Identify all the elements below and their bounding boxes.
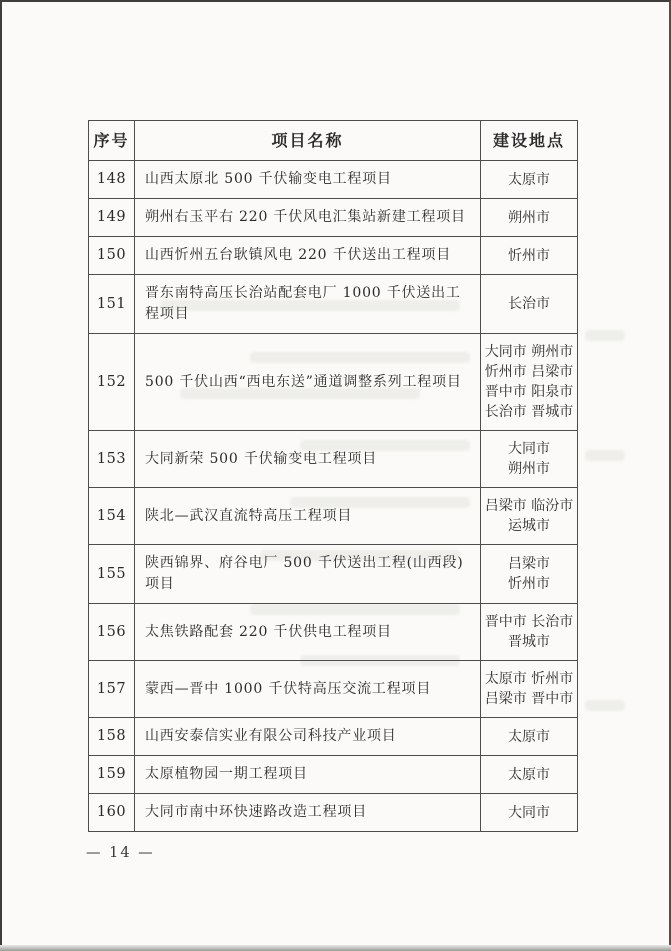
row-location: 大同市 bbox=[481, 794, 578, 832]
scan-edge-shadow bbox=[0, 945, 671, 951]
row-project-name: 山西太原北 500 千伏输变电工程项目 bbox=[135, 161, 481, 199]
row-serial-number: 154 bbox=[89, 488, 135, 545]
row-project-name: 500 千伏山西“西电东送”通道调整系列工程项目 bbox=[135, 334, 481, 431]
row-project-name: 大同市南中环快速路改造工程项目 bbox=[135, 794, 481, 832]
scan-bleedthrough bbox=[585, 700, 625, 711]
row-project-name: 朔州右玉平右 220 千伏风电汇集站新建工程项目 bbox=[135, 199, 481, 237]
row-serial-number: 155 bbox=[89, 545, 135, 604]
table-row: 150山西忻州五台耿镇风电 220 千伏送出工程项目忻州市 bbox=[89, 237, 578, 275]
row-serial-number: 148 bbox=[89, 161, 135, 199]
row-location: 太原市 bbox=[481, 718, 578, 756]
table-row: 157蒙西—晋中 1000 千伏特高压交流工程项目太原市 忻州市 吕梁市 晋中市 bbox=[89, 661, 578, 718]
table-row: 151晋东南特高压长治站配套电厂 1000 千伏送出工程项目长治市 bbox=[89, 275, 578, 334]
row-project-name: 晋东南特高压长治站配套电厂 1000 千伏送出工程项目 bbox=[135, 275, 481, 334]
row-location: 太原市 bbox=[481, 756, 578, 794]
row-serial-number: 157 bbox=[89, 661, 135, 718]
table-row: 148山西太原北 500 千伏输变电工程项目太原市 bbox=[89, 161, 578, 199]
header-row: 序号 项目名称 建设地点 bbox=[89, 121, 578, 161]
header-project-name: 项目名称 bbox=[135, 121, 481, 161]
row-project-name: 大同新荣 500 千伏输变电工程项目 bbox=[135, 431, 481, 488]
row-project-name: 山西忻州五台耿镇风电 220 千伏送出工程项目 bbox=[135, 237, 481, 275]
row-serial-number: 158 bbox=[89, 718, 135, 756]
table-row: 152500 千伏山西“西电东送”通道调整系列工程项目大同市 朔州市 忻州市 吕… bbox=[89, 334, 578, 431]
row-location: 吕梁市 临汾市 运城市 bbox=[481, 488, 578, 545]
row-location: 大同市 朔州市 bbox=[481, 431, 578, 488]
row-project-name: 太焦铁路配套 220 千伏供电工程项目 bbox=[135, 604, 481, 661]
table-row: 154陕北—武汉直流特高压工程项目吕梁市 临汾市 运城市 bbox=[89, 488, 578, 545]
table-row: 149朔州右玉平右 220 千伏风电汇集站新建工程项目朔州市 bbox=[89, 199, 578, 237]
row-project-name: 陕西锦界、府谷电厂 500 千伏送出工程(山西段)项目 bbox=[135, 545, 481, 604]
row-serial-number: 159 bbox=[89, 756, 135, 794]
row-location: 太原市 忻州市 吕梁市 晋中市 bbox=[481, 661, 578, 718]
row-serial-number: 156 bbox=[89, 604, 135, 661]
row-project-name: 陕北—武汉直流特高压工程项目 bbox=[135, 488, 481, 545]
row-location: 大同市 朔州市 忻州市 吕梁市 晋中市 阳泉市 长治市 晋城市 bbox=[481, 334, 578, 431]
scan-bleedthrough bbox=[585, 450, 625, 461]
row-serial-number: 151 bbox=[89, 275, 135, 334]
scan-bleedthrough bbox=[585, 330, 625, 341]
header-serial-number: 序号 bbox=[89, 121, 135, 161]
page-number: — 14 — bbox=[86, 845, 155, 861]
projects-table: 序号 项目名称 建设地点 148山西太原北 500 千伏输变电工程项目太原市14… bbox=[88, 120, 578, 832]
table-row: 158山西安泰信实业有限公司科技产业项目太原市 bbox=[89, 718, 578, 756]
row-project-name: 太原植物园一期工程项目 bbox=[135, 756, 481, 794]
table-header: 序号 项目名称 建设地点 bbox=[89, 121, 578, 161]
row-serial-number: 150 bbox=[89, 237, 135, 275]
row-serial-number: 153 bbox=[89, 431, 135, 488]
table-body: 148山西太原北 500 千伏输变电工程项目太原市149朔州右玉平右 220 千… bbox=[89, 161, 578, 832]
table-row: 153大同新荣 500 千伏输变电工程项目大同市 朔州市 bbox=[89, 431, 578, 488]
row-serial-number: 149 bbox=[89, 199, 135, 237]
row-location: 长治市 bbox=[481, 275, 578, 334]
row-location: 朔州市 bbox=[481, 199, 578, 237]
row-project-name: 蒙西—晋中 1000 千伏特高压交流工程项目 bbox=[135, 661, 481, 718]
row-location: 吕梁市 忻州市 bbox=[481, 545, 578, 604]
table-row: 160大同市南中环快速路改造工程项目大同市 bbox=[89, 794, 578, 832]
table-row: 156太焦铁路配套 220 千伏供电工程项目晋中市 长治市 晋城市 bbox=[89, 604, 578, 661]
row-location: 晋中市 长治市 晋城市 bbox=[481, 604, 578, 661]
table-row: 155陕西锦界、府谷电厂 500 千伏送出工程(山西段)项目吕梁市 忻州市 bbox=[89, 545, 578, 604]
header-construction-location: 建设地点 bbox=[481, 121, 578, 161]
row-serial-number: 152 bbox=[89, 334, 135, 431]
row-location: 忻州市 bbox=[481, 237, 578, 275]
row-project-name: 山西安泰信实业有限公司科技产业项目 bbox=[135, 718, 481, 756]
row-serial-number: 160 bbox=[89, 794, 135, 832]
table-row: 159太原植物园一期工程项目太原市 bbox=[89, 756, 578, 794]
row-location: 太原市 bbox=[481, 161, 578, 199]
